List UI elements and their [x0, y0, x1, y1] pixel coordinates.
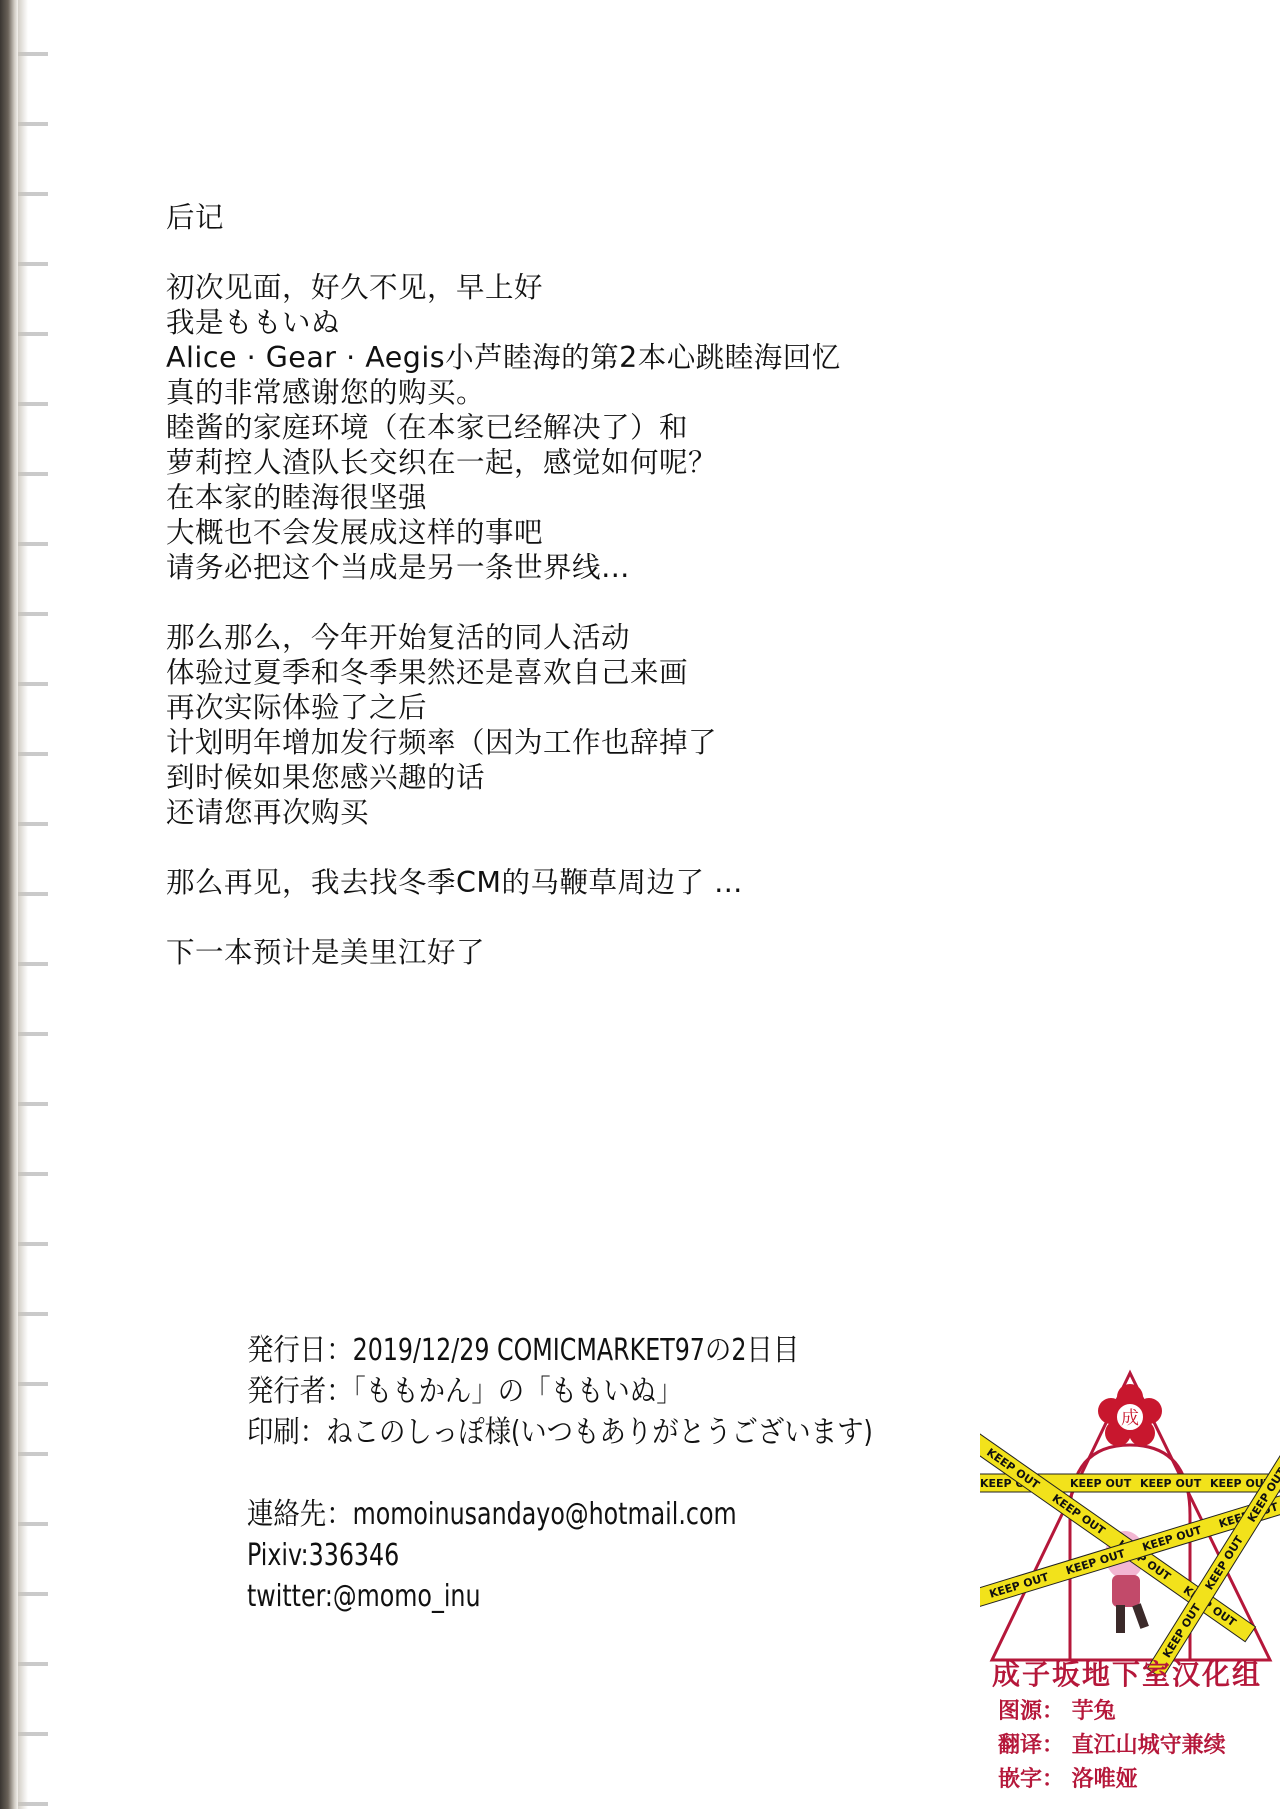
- afterword-paragraph: 那么再见，我去找冬季CM的马鞭草周边了 …: [166, 865, 1026, 900]
- text-line: 萝莉控人渣队长交织在一起，感觉如何呢？: [166, 445, 1026, 480]
- afterword-paragraph: 下一本预计是美里江好了: [166, 935, 1026, 970]
- afterword-paragraph: 那么那么，今年开始复活的同人活动 体验过夏季和冬季果然还是喜欢自己来画 再次实际…: [166, 620, 1026, 830]
- svg-text:KEEP OUT: KEEP OUT: [1140, 1477, 1202, 1490]
- pixiv-id: Pixiv:336346: [247, 1535, 873, 1576]
- afterword-title: 后记: [166, 200, 1026, 235]
- afterword-paragraph: 初次见面，好久不见，早上好 我是ももいぬ Alice · Gear · Aegi…: [166, 270, 1026, 585]
- svg-text:KEEP OUT: KEEP OUT: [1141, 1524, 1204, 1554]
- text-line: 体验过夏季和冬季果然还是喜欢自己来画: [166, 655, 1026, 690]
- contact-email: 連絡先：momoinusandayo@hotmail.com: [247, 1494, 873, 1535]
- svg-text:KEEP OUT: KEEP OUT: [1203, 1533, 1247, 1592]
- text-line: 计划明年增加发行频率（因为工作也辞掉了: [166, 725, 1026, 760]
- text-line: 那么再见，我去找冬季CM的马鞭草周边了 …: [166, 865, 1026, 900]
- scanlation-credits: 成子坂地下室汉化组 图源： 芋兔 翻译： 直江山城守兼续 嵌字： 洛唯娅: [992, 1655, 1262, 1797]
- text-line: 我是ももいぬ: [166, 305, 1026, 340]
- text-line: 睦酱的家庭环境（在本家已经解决了）和: [166, 410, 1026, 445]
- text-line: 下一本预计是美里江好了: [166, 935, 1026, 970]
- scanlation-group-logo: 成 KEEP OUT KEEP OUT KEEP OUT KEEP OUT KE…: [980, 1365, 1280, 1675]
- svg-text:成: 成: [1121, 1408, 1139, 1429]
- printer: 印刷：ねこのしっぽ様(いつもありがとうございます): [247, 1412, 873, 1453]
- group-name: 成子坂地下室汉化组: [992, 1655, 1262, 1695]
- issue-date: 発行日：2019/12/29 COMICMARKET97の2日目: [247, 1330, 873, 1371]
- credit-typesetter: 嵌字： 洛唯娅: [998, 1763, 1262, 1797]
- text-line: Alice · Gear · Aegis小芦睦海的第2本心跳睦海回忆: [166, 340, 1026, 375]
- text-line: 那么那么，今年开始复活的同人活动: [166, 620, 1026, 655]
- twitter-handle: twitter:@momo_inu: [247, 1576, 873, 1617]
- text-line: 到时候如果您感兴趣的话: [166, 760, 1026, 795]
- credit-source: 图源： 芋兔: [998, 1695, 1262, 1729]
- text-line: 真的非常感谢您的购买。: [166, 375, 1026, 410]
- spiral-binding-edge: [0, 0, 18, 1809]
- text-line: 还请您再次购买: [166, 795, 1026, 830]
- credit-translator: 翻译： 直江山城守兼续: [998, 1729, 1262, 1763]
- svg-text:KEEP OUT: KEEP OUT: [988, 1570, 1051, 1600]
- text-line: 请务必把这个当成是另一条世界线…: [166, 550, 1026, 585]
- colophon: 発行日：2019/12/29 COMICMARKET97の2日目 発行者：「もも…: [247, 1330, 958, 1617]
- text-line: 初次见面，好久不见，早上好: [166, 270, 1026, 305]
- paper-shadow: [18, 0, 28, 1809]
- triangle-keep-out-icon: 成 KEEP OUT KEEP OUT KEEP OUT KEEP OUT KE…: [980, 1365, 1280, 1675]
- publisher: 発行者：「ももかん」の「ももいぬ」: [247, 1371, 873, 1412]
- afterword: 后记 初次见面，好久不见，早上好 我是ももいぬ Alice · Gear · A…: [166, 200, 1026, 1005]
- svg-text:KEEP OUT: KEEP OUT: [1070, 1477, 1132, 1490]
- svg-text:KEEP OUT: KEEP OUT: [1160, 1601, 1204, 1660]
- svg-text:KEEP OUT: KEEP OUT: [1050, 1492, 1108, 1538]
- text-line: 再次实际体验了之后: [166, 690, 1026, 725]
- text-line: 大概也不会发展成这样的事吧: [166, 515, 1026, 550]
- text-line: 在本家的睦海很坚强: [166, 480, 1026, 515]
